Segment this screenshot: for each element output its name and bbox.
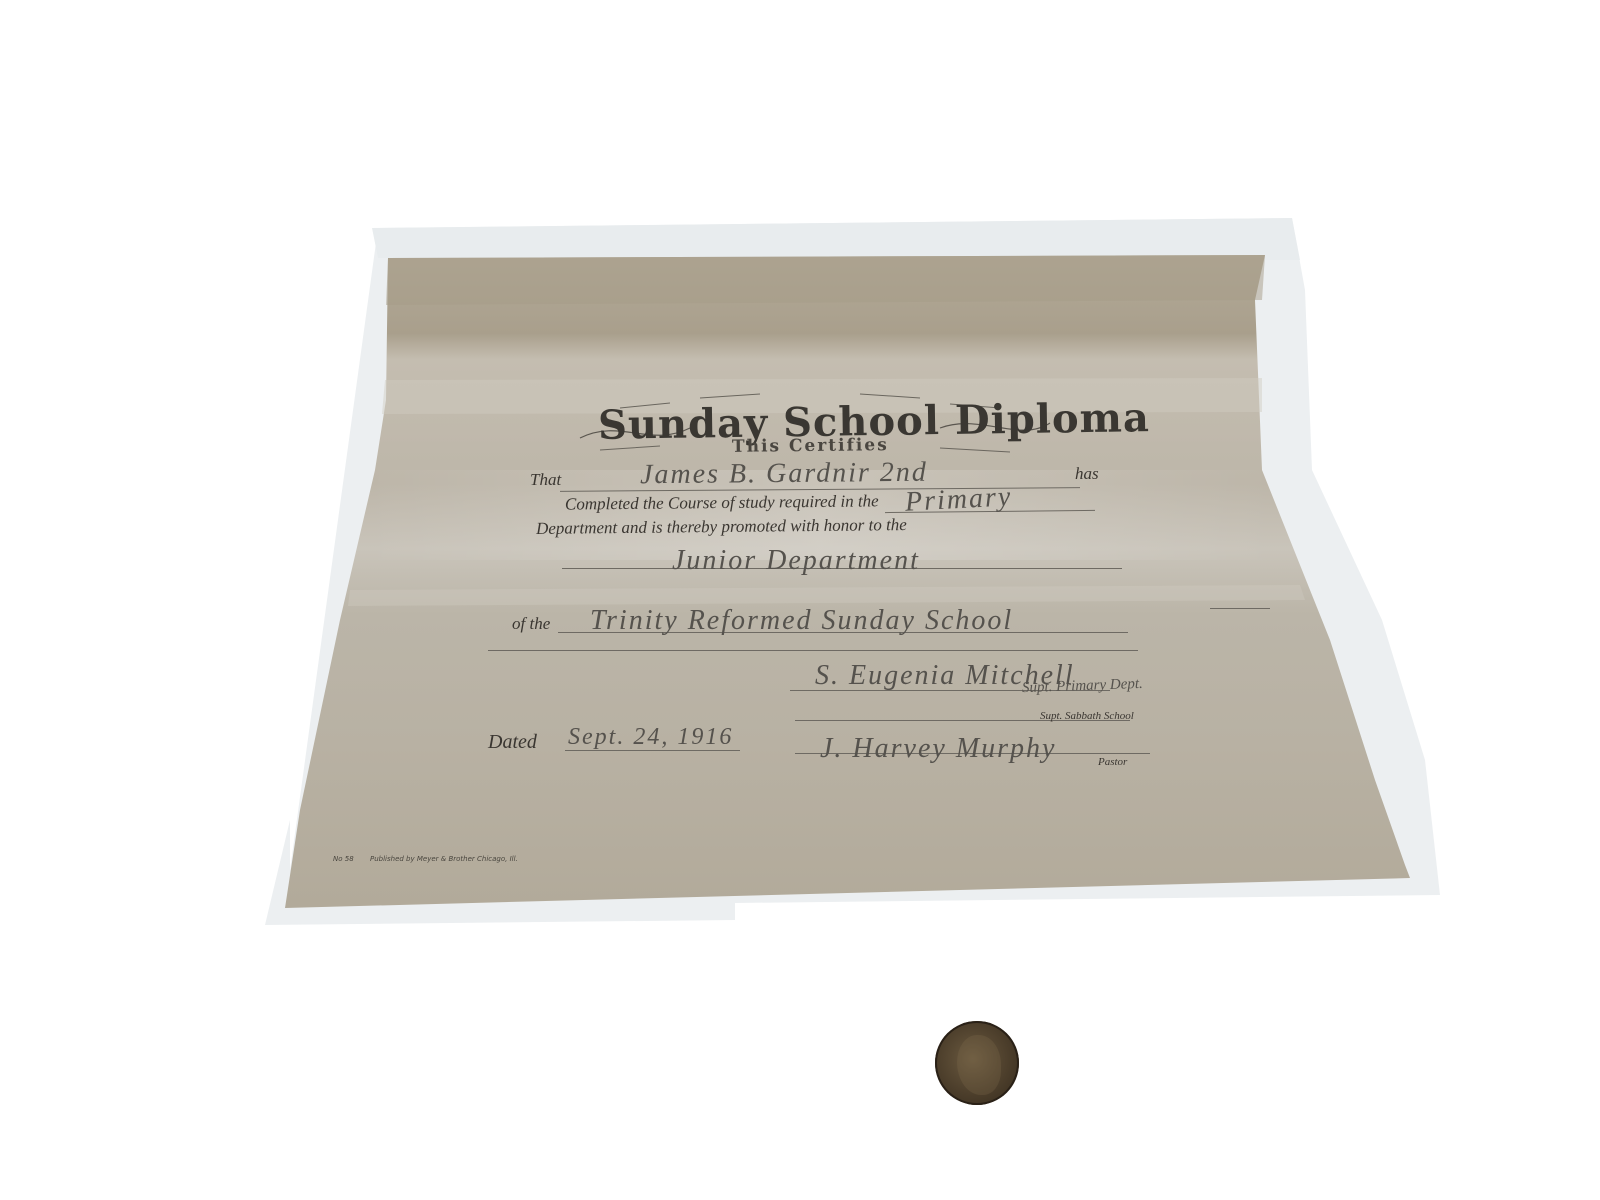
sabbath-school-title: Supt. Sabbath School bbox=[1040, 710, 1134, 722]
school-name: Trinity Reformed Sunday School bbox=[590, 605, 1013, 637]
promoted-text: Department and is thereby promoted with … bbox=[536, 515, 907, 539]
penny-coin bbox=[935, 1021, 1019, 1105]
coin-portrait bbox=[957, 1035, 1001, 1095]
has-label: has bbox=[1075, 464, 1099, 484]
recipient-name: James B. Gardnir 2nd bbox=[640, 457, 928, 492]
diploma-subtitle: This Certifies bbox=[732, 435, 889, 457]
signature-2: J. Harvey Murphy bbox=[820, 733, 1056, 765]
pastor-title: Pastor bbox=[1098, 756, 1127, 768]
diploma: Sunday School Diploma This Certifies Tha… bbox=[0, 0, 1600, 1200]
publisher-imprint: Published by Meyer & Brother Chicago, Il… bbox=[370, 855, 518, 863]
form-number: No 58 bbox=[333, 855, 354, 863]
department-to: Junior Department bbox=[672, 545, 920, 577]
of-the-label: of the bbox=[512, 614, 550, 634]
date-value: Sept. 24, 1916 bbox=[568, 724, 733, 751]
department-from: Primary bbox=[904, 481, 1013, 519]
extended-line-stub bbox=[1210, 608, 1270, 609]
separator-line bbox=[488, 650, 1138, 651]
dated-label: Dated bbox=[488, 731, 537, 754]
course-text: Completed the Course of study required i… bbox=[565, 491, 879, 514]
that-label: That bbox=[530, 470, 561, 490]
signature-1-title: Supt. Primary Dept. bbox=[1022, 676, 1143, 697]
